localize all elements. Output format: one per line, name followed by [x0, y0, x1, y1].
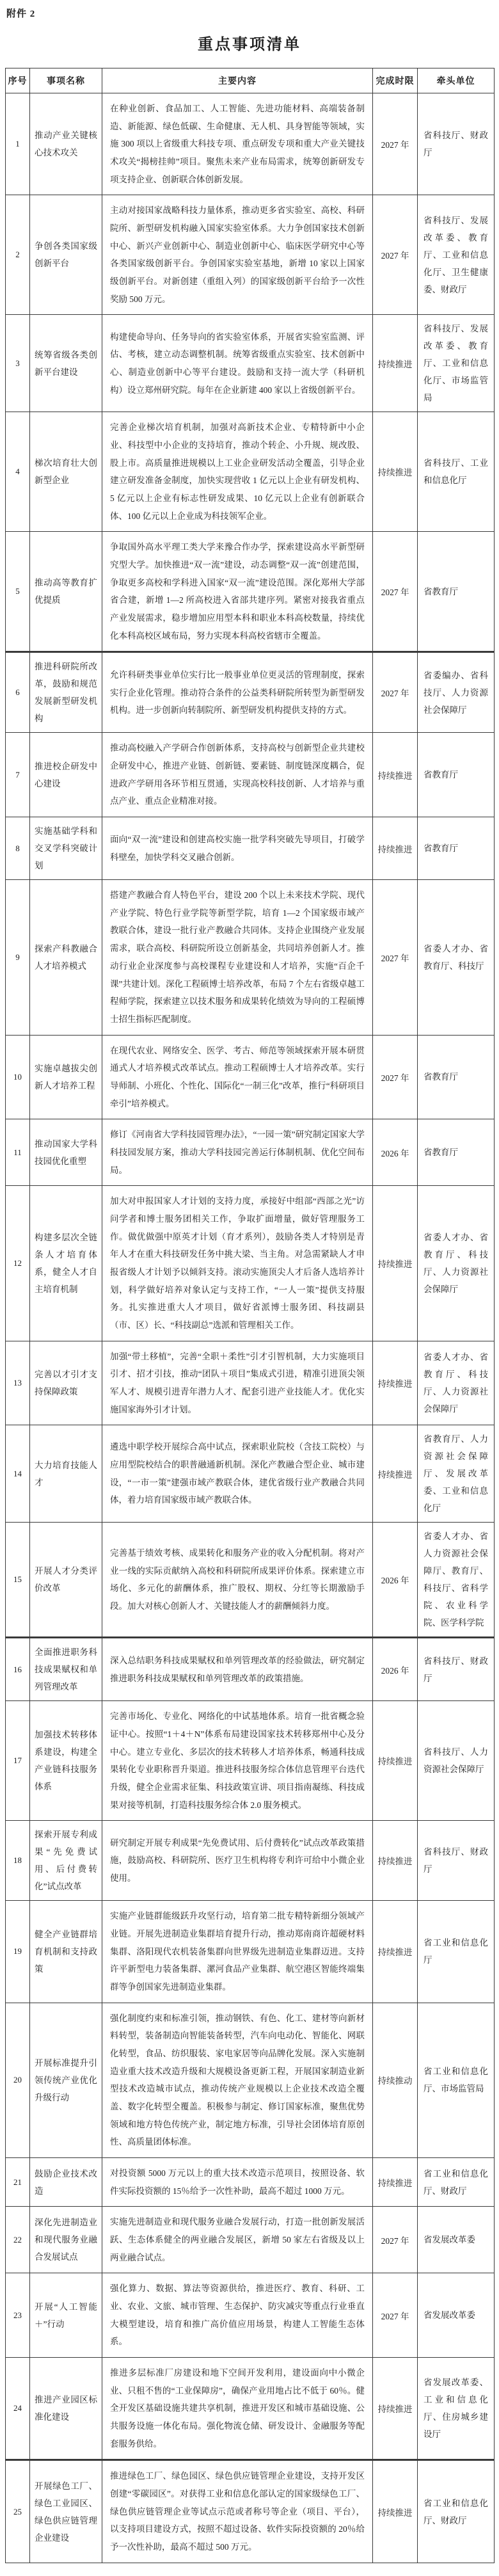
- deadline-cell: 2027 年: [373, 880, 418, 1035]
- table-row: 18 探索开展专利成果“先免费试用、后付费转化”试点改革 研究制定开展专利成果“…: [6, 1821, 495, 1901]
- attachment-label: 附件 2: [6, 6, 494, 20]
- deadline-cell: 持续推进: [373, 1186, 418, 1341]
- deadline-cell: 2026 年: [373, 1638, 418, 1701]
- lead-unit-cell: 省工业和信息化厅: [418, 1901, 495, 2003]
- item-name-cell: 实施卓越拔尖创新人才培养工程: [30, 1035, 102, 1119]
- item-name-cell: 推进校企研发中心建设: [30, 733, 102, 817]
- deadline-cell: 2026 年: [373, 1119, 418, 1186]
- lead-unit-cell: 省委人才办、省教育厅、科技厅、人力资源社会保障厅: [418, 1186, 495, 1341]
- item-name-cell: 推动国家大学科技园优化重塑: [30, 1119, 102, 1186]
- main-content-cell: 允许科研类事业单位实行比一般事业单位更灵活的管理制度，探索实行企业化管理。推动符…: [102, 652, 373, 733]
- row-number-cell: 3: [6, 315, 30, 412]
- lead-unit-cell: 省科技厅、财政厅: [418, 1638, 495, 1701]
- table-row: 3 统筹省级各类创新平台建设 构建使命导向、任务导向的省实验室体系，开展省实验室…: [6, 315, 495, 412]
- deadline-cell: 2026 年: [373, 1523, 418, 1638]
- item-name-cell: 鼓励企业技术改造: [30, 2158, 102, 2207]
- main-content-cell: 深入总结职务科技成果赋权和单列管理改革的经验做法，研究制定推进职务科技成果赋权和…: [102, 1638, 373, 1701]
- table-row: 15 开展人才分类评价改革 完善基于绩效考核、成果转化和服务产业的收入分配机制。…: [6, 1523, 495, 1638]
- table-row: 4 梯次培育壮大创新型企业 完善企业梯次培育机制，加强对高新技术企业、专精特新中…: [6, 412, 495, 532]
- lead-unit-cell: 省科技厅、人力资源社会保障厅: [418, 1701, 495, 1821]
- item-name-cell: 开展绿色工厂、绿色工业园区、绿色供应链管理企业建设: [30, 2460, 102, 2563]
- deadline-cell: 持续推进: [373, 817, 418, 880]
- main-content-cell: 争取国外高水平理工类大学来豫合作办学，探索建设高水平新型研究型大学。加快推进“双…: [102, 532, 373, 652]
- table-body: 1 推动产业关键核心技术攻关 在种业创新、食品加工、人工智能、先进功能材料、高端…: [6, 93, 495, 2563]
- row-number-cell: 15: [6, 1523, 30, 1638]
- lead-unit-cell: 省委人才办、省教育厅、科技厅: [418, 880, 495, 1035]
- table-row: 23 开展“人工智能＋”行动 强化算力、数据、算法等资源供给，推进医疗、教育、科…: [6, 2273, 495, 2358]
- item-name-cell: 探索产科教融合人才培养模式: [30, 880, 102, 1035]
- main-content-cell: 修订《河南省大学科技园管理办法》，“一园一策”研究制定国家大学科技园发展方案，推…: [102, 1119, 373, 1186]
- table-row: 24 推进产业园区标准化建设 推进多层标准厂房建设和地下空间开发利用，建设面向中…: [6, 2358, 495, 2460]
- item-name-cell: 争创各类国家级创新平台: [30, 195, 102, 315]
- deadline-cell: 2027 年: [373, 532, 418, 652]
- lead-unit-cell: 省教育厅: [418, 817, 495, 880]
- row-number-cell: 8: [6, 817, 30, 880]
- row-number-cell: 16: [6, 1638, 30, 1701]
- row-number-cell: 13: [6, 1341, 30, 1425]
- deadline-cell: 2027 年: [373, 1035, 418, 1119]
- item-name-cell: 实施基础学科和交叉学科突破计划: [30, 817, 102, 880]
- item-name-cell: 推动高等教育扩优提质: [30, 532, 102, 652]
- header-cell-unit: 牵头单位: [418, 68, 495, 93]
- main-content-cell: 实施先进制造业和现代服务业融合发展行动，打造一批创新发展活跃、生态体系健全的两业…: [102, 2207, 373, 2273]
- deadline-cell: 持续推进: [373, 1821, 418, 1901]
- deadline-cell: 持续推进: [373, 412, 418, 532]
- lead-unit-cell: 省发展改革委: [418, 2273, 495, 2358]
- header-cell-name: 事项名称: [30, 68, 102, 93]
- page-title: 重点事项清单: [5, 31, 494, 54]
- deadline-cell: 2027 年: [373, 195, 418, 315]
- lead-unit-cell: 省教育厅: [418, 1119, 495, 1186]
- row-number-cell: 12: [6, 1186, 30, 1341]
- row-number-cell: 24: [6, 2358, 30, 2460]
- item-name-cell: 推动产业关键核心技术攻关: [30, 93, 102, 195]
- table-row: 19 健全产业链群培育机制和支持政策 实施产业链群能级跃升攻坚行动，培育第二批专…: [6, 1901, 495, 2003]
- lead-unit-cell: 省科技厅、工业和信息化厅: [418, 412, 495, 532]
- row-number-cell: 4: [6, 412, 30, 532]
- header-cell-content: 主要内容: [102, 68, 373, 93]
- lead-unit-cell: 省科技厅、发展改革委、教育厅、工业和信息化厅、卫生健康委、财政厅: [418, 195, 495, 315]
- deadline-cell: 持续推进: [373, 1341, 418, 1425]
- document-page: 附件 2 重点事项清单 序号 事项名称 主要内容 完成时限 牵头单位 1 推动产…: [0, 0, 499, 2576]
- row-number-cell: 18: [6, 1821, 30, 1901]
- row-number-cell: 11: [6, 1119, 30, 1186]
- main-content-cell: 加大对申报国家人才计划的支持力度，承接好中组部“西部之光”访问学者和博士服务团相…: [102, 1186, 373, 1341]
- row-number-cell: 19: [6, 1901, 30, 2003]
- table-row: 13 完善以才引才支持保障政策 加强“带土移植”，完善“全职＋柔性”引才引智机制…: [6, 1341, 495, 1425]
- main-content-cell: 完善基于绩效考核、成果转化和服务产业的收入分配机制。将对产业一线的实际贡献纳入高…: [102, 1523, 373, 1638]
- item-name-cell: 深化先进制造业和现代服务业融合发展试点: [30, 2207, 102, 2273]
- main-content-cell: 搭建产教融合育人特色平台，建设 200 个以上未来技术学院、现代产业学院、特色行…: [102, 880, 373, 1035]
- table-row: 8 实施基础学科和交叉学科突破计划 面向“双一流”建设和创建高校实施一批学科突破…: [6, 817, 495, 880]
- deadline-cell: 持续推进: [373, 2460, 418, 2563]
- deadline-cell: 持续推进: [373, 2158, 418, 2207]
- item-name-cell: 完善以才引才支持保障政策: [30, 1341, 102, 1425]
- table-row: 2 争创各类国家级创新平台 主动对接国家战略科技力量体系，推动更多省实验室、高校…: [6, 195, 495, 315]
- row-number-cell: 7: [6, 733, 30, 817]
- item-name-cell: 梯次培育壮大创新型企业: [30, 412, 102, 532]
- deadline-cell: 持续推进: [373, 1901, 418, 2003]
- main-content-cell: 在种业创新、食品加工、人工智能、先进功能材料、高端装备制造、新能源、绿色低碳、生…: [102, 93, 373, 195]
- lead-unit-cell: 省教育厅: [418, 1035, 495, 1119]
- deadline-cell: 持续推进: [373, 1701, 418, 1821]
- lead-unit-cell: 省工业和信息化厅、财政厅: [418, 2158, 495, 2207]
- lead-unit-cell: 省工业和信息化厅、市场监管局: [418, 2003, 495, 2157]
- main-content-cell: 构建使命导向、任务导向的省实验室体系，开展省实验室监测、评估、考核，建立动态调整…: [102, 315, 373, 412]
- item-name-cell: 大力培育技能人才: [30, 1425, 102, 1523]
- row-number-cell: 22: [6, 2207, 30, 2273]
- lead-unit-cell: 省委人才办、省人力资源社会保障厅、教育厅、科技厅、省科学院、农业科学院、医学科学…: [418, 1523, 495, 1638]
- row-number-cell: 5: [6, 532, 30, 652]
- main-content-cell: 在现代农业、网络安全、医学、考古、师范等领域探索开展本研贯通式人才培养模式改革试…: [102, 1035, 373, 1119]
- lead-unit-cell: 省科技厅、财政厅: [418, 1821, 495, 1901]
- row-number-cell: 17: [6, 1701, 30, 1821]
- item-name-cell: 推进科研院所改革，鼓励和规范发展新型研发机构: [30, 652, 102, 733]
- main-content-cell: 强化算力、数据、算法等资源供给，推进医疗、教育、科研、工业、农业、文旅、城市管理…: [102, 2273, 373, 2358]
- table-row: 14 大力培育技能人才 遴选中职学校开展综合高中试点，探索职业院校（含技工院校）…: [6, 1425, 495, 1523]
- table-row: 22 深化先进制造业和现代服务业融合发展试点 实施先进制造业和现代服务业融合发展…: [6, 2207, 495, 2273]
- table-row: 16 全面推进职务科技成果赋权和单列管理改革 深入总结职务科技成果赋权和单列管理…: [6, 1638, 495, 1701]
- table-row: 21 鼓励企业技术改造 对投资额 5000 万元以上的重大技术改造示范项目，按照…: [6, 2158, 495, 2207]
- table-row: 9 探索产科教融合人才培养模式 搭建产教融合育人特色平台，建设 200 个以上未…: [6, 880, 495, 1035]
- main-content-cell: 实施产业链群能级跃升攻坚行动，培育第二批专精特新细分领域产业链。开展先进制造业集…: [102, 1901, 373, 2003]
- deadline-cell: 持续推进: [373, 733, 418, 817]
- table-header-row: 序号 事项名称 主要内容 完成时限 牵头单位: [6, 68, 495, 93]
- item-name-cell: 开展标准提升引领传统产业优化升级行动: [30, 2003, 102, 2157]
- deadline-cell: 持续推进: [373, 2358, 418, 2460]
- lead-unit-cell: 省教育厅: [418, 532, 495, 652]
- item-name-cell: 构建多层次全链条人才培育体系，健全人才自主培育机制: [30, 1186, 102, 1341]
- row-number-cell: 6: [6, 652, 30, 733]
- deadline-cell: 持续推进: [373, 1425, 418, 1523]
- deadline-cell: 2027 年: [373, 652, 418, 733]
- table-row: 17 加强技术转移体系建设，构建全产业链科技服务体系 完善市场化、专业化、网络化…: [6, 1701, 495, 1821]
- main-content-cell: 完善市场化、专业化、网络化的中试基地体系。培育一批省概念验证中心。按照“1＋4＋…: [102, 1701, 373, 1821]
- table-row: 25 开展绿色工厂、绿色工业园区、绿色供应链管理企业建设 推进绿色工厂、绿色园区…: [6, 2460, 495, 2563]
- item-name-cell: 开展人才分类评价改革: [30, 1523, 102, 1638]
- deadline-cell: 持续推进: [373, 315, 418, 412]
- lead-unit-cell: 省委编办、省科技厅、人力资源社会保障厅: [418, 652, 495, 733]
- row-number-cell: 21: [6, 2158, 30, 2207]
- row-number-cell: 1: [6, 93, 30, 195]
- row-number-cell: 2: [6, 195, 30, 315]
- main-content-cell: 强化制度约束和标准引领，推动钢铁、有色、化工、建材等向新材料转型，装备制造向智能…: [102, 2003, 373, 2157]
- row-number-cell: 23: [6, 2273, 30, 2358]
- row-number-cell: 9: [6, 880, 30, 1035]
- table-row: 1 推动产业关键核心技术攻关 在种业创新、食品加工、人工智能、先进功能材料、高端…: [6, 93, 495, 195]
- main-content-cell: 对投资额 5000 万元以上的重大技术改造示范项目，按照设备、软件实际投资额的 …: [102, 2158, 373, 2207]
- row-number-cell: 25: [6, 2460, 30, 2563]
- deadline-cell: 2027 年: [373, 93, 418, 195]
- main-content-cell: 推动高校融入产学研合作创新体系，支持高校与创新型企业共建校企研发中心，推进产业链…: [102, 733, 373, 817]
- table-row: 10 实施卓越拔尖创新人才培养工程 在现代农业、网络安全、医学、考古、师范等领域…: [6, 1035, 495, 1119]
- item-name-cell: 探索开展专利成果“先免费试用、后付费转化”试点改革: [30, 1821, 102, 1901]
- deadline-cell: 2027 年: [373, 2273, 418, 2358]
- main-content-cell: 推进多层标准厂房建设和地下空间开发利用，建设面向中小微企业、只租不售的“工业保障…: [102, 2358, 373, 2460]
- key-items-table: 序号 事项名称 主要内容 完成时限 牵头单位 1 推动产业关键核心技术攻关 在种…: [5, 68, 495, 2563]
- item-name-cell: 全面推进职务科技成果赋权和单列管理改革: [30, 1638, 102, 1701]
- table-row: 11 推动国家大学科技园优化重塑 修订《河南省大学科技园管理办法》，“一园一策”…: [6, 1119, 495, 1186]
- row-number-cell: 20: [6, 2003, 30, 2157]
- table-row: 20 开展标准提升引领传统产业优化升级行动 强化制度约束和标准引领，推动钢铁、有…: [6, 2003, 495, 2157]
- table-row: 12 构建多层次全链条人才培育体系，健全人才自主培育机制 加大对申报国家人才计划…: [6, 1186, 495, 1341]
- main-content-cell: 完善企业梯次培育机制，加强对高新技术企业、专精特新中小企业、科技型中小企业的支持…: [102, 412, 373, 532]
- main-content-cell: 遴选中职学校开展综合高中试点，探索职业院校（含技工院校）与应用型院校结合的职普融…: [102, 1425, 373, 1523]
- item-name-cell: 统筹省级各类创新平台建设: [30, 315, 102, 412]
- table-row: 5 推动高等教育扩优提质 争取国外高水平理工类大学来豫合作办学，探索建设高水平新…: [6, 532, 495, 652]
- lead-unit-cell: 省教育厅、人力资源社会保障厅、发展改革委、工业和信息化厅: [418, 1425, 495, 1523]
- main-content-cell: 推进绿色工厂、绿色园区、绿色供应链管理企业建设，支持开发区创建“零碳园区”。对获…: [102, 2460, 373, 2563]
- lead-unit-cell: 省教育厅: [418, 733, 495, 817]
- table-row: 6 推进科研院所改革，鼓励和规范发展新型研发机构 允许科研类事业单位实行比一般事…: [6, 652, 495, 733]
- main-content-cell: 主动对接国家战略科技力量体系，推动更多省实验室、高校、科研院所、新型研发机构融入…: [102, 195, 373, 315]
- lead-unit-cell: 省发展改革委、工业和信息化厅、住房城乡建设厅: [418, 2358, 495, 2460]
- header-cell-no: 序号: [6, 68, 30, 93]
- deadline-cell: 2027 年: [373, 2207, 418, 2273]
- lead-unit-cell: 省发展改革委: [418, 2207, 495, 2273]
- deadline-cell: 持续推动: [373, 2003, 418, 2157]
- lead-unit-cell: 省科技厅、发展改革委、教育厅、工业和信息化厅、市场监管局: [418, 315, 495, 412]
- main-content-cell: 研究制定开展专利成果“先免费试用、后付费转化”试点改革政策措施，鼓励高校、科研院…: [102, 1821, 373, 1901]
- item-name-cell: 推进产业园区标准化建设: [30, 2358, 102, 2460]
- header-cell-deadline: 完成时限: [373, 68, 418, 93]
- item-name-cell: 开展“人工智能＋”行动: [30, 2273, 102, 2358]
- item-name-cell: 加强技术转移体系建设，构建全产业链科技服务体系: [30, 1701, 102, 1821]
- lead-unit-cell: 省科技厅、财政厅: [418, 93, 495, 195]
- item-name-cell: 健全产业链群培育机制和支持政策: [30, 1901, 102, 2003]
- table-row: 7 推进校企研发中心建设 推动高校融入产学研合作创新体系，支持高校与创新型企业共…: [6, 733, 495, 817]
- row-number-cell: 14: [6, 1425, 30, 1523]
- main-content-cell: 加强“带土移植”，完善“全职＋柔性”引才引智机制，大力实施项目引才、招才引技，推…: [102, 1341, 373, 1425]
- lead-unit-cell: 省工业和信息化厅、财政厅: [418, 2460, 495, 2563]
- row-number-cell: 10: [6, 1035, 30, 1119]
- lead-unit-cell: 省委人才办、省教育厅、科技厅、人力资源社会保障厅: [418, 1341, 495, 1425]
- main-content-cell: 面向“双一流”建设和创建高校实施一批学科突破先导项目，打破学科壁垒，加快学科交叉…: [102, 817, 373, 880]
